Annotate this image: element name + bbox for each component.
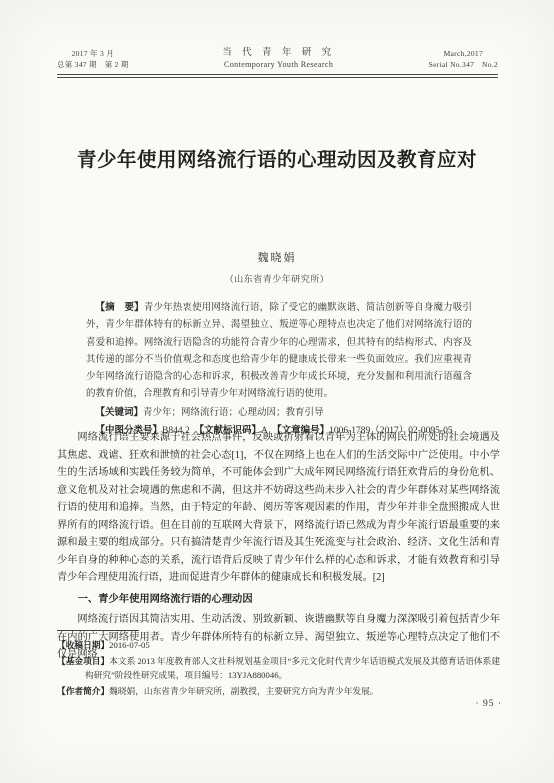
bio-label: 【作者简介】 (57, 686, 109, 696)
abstract-label: 【摘 要】 (96, 302, 144, 313)
article-title: 青少年使用网络流行语的心理动因及教育应对 (40, 144, 514, 172)
footnote-received-date: 【收稿日期】2016-07-05 (57, 638, 500, 653)
footnote-fund-project: 【基金项目】本文系 2013 年度教育部人文社科规划基金项目“多元文化时代青少年… (57, 654, 500, 683)
header-issue-info-cn: 2017 年 3 月 总第 347 期 第 2 期 (57, 48, 129, 70)
abstract-text: 青少年热衷使用网络流行语，除了受它的幽默诙谐、简洁创新等自身魔力吸引外，青少年群… (86, 303, 472, 399)
journal-title-en: Contemporary Youth Research (222, 59, 335, 70)
abstract-block: 【摘 要】青少年热衷使用网络流行语，除了受它的幽默诙谐、简洁创新等自身魔力吸引外… (86, 299, 472, 440)
keywords-label: 【关键词】 (96, 407, 144, 418)
footnote-divider (57, 630, 139, 631)
received-value: 2016-07-05 (109, 640, 150, 650)
abstract-paragraph: 【摘 要】青少年热衷使用网络流行语，除了受它的幽默诙谐、简洁创新等自身魔力吸引外… (86, 299, 472, 404)
footnote-author-bio: 【作者简介】魏晓娟，山东省青少年研究所，副教授，主要研究方向为青少年发展。 (57, 684, 500, 699)
body-paragraph-1: 网络流行语主要来源于社会热点事件，反映或折射着以青年为主体的网民们所处的社会境遇… (57, 429, 500, 587)
header-date-cn: 2017 年 3 月 (57, 48, 129, 59)
journal-page: { "header": { "left_line1": "2017 年 3 月"… (0, 0, 554, 783)
header-issue-info-en: March,2017 Serial No.347 No.2 (429, 48, 498, 70)
header-date-en: March,2017 (429, 48, 498, 59)
page-number: · 95 · (475, 699, 502, 709)
keywords-line: 【关键词】青少年；网络流行语；心理动因；教育引导 (86, 404, 472, 422)
header-serial-cn: 总第 347 期 第 2 期 (57, 59, 129, 70)
received-label: 【收稿日期】 (57, 640, 109, 650)
author-affiliation: （山东省青少年研究所） (0, 272, 554, 285)
header-divider (57, 74, 498, 78)
journal-header: 2017 年 3 月 总第 347 期 第 2 期 当 代 青 年 研 究 Co… (57, 48, 498, 70)
header-serial-en: Serial No.347 No.2 (429, 59, 498, 70)
journal-title-cn: 当 代 青 年 研 究 (222, 48, 335, 59)
author-name: 魏晓娟 (0, 249, 554, 265)
bio-value: 魏晓娟，山东省青少年研究所，副教授，主要研究方向为青少年发展。 (109, 686, 378, 696)
article-body: 网络流行语主要来源于社会热点事件，反映或折射着以青年为主体的网民们所处的社会境遇… (57, 429, 500, 664)
fund-value: 本文系 2013 年度教育部人文社科规划基金项目“多元文化时代青少年话语模式发展… (85, 656, 500, 681)
byline: 魏晓娟 （山东省青少年研究所） (0, 249, 554, 285)
keywords-text: 青少年；网络流行语；心理动因；教育引导 (143, 408, 324, 418)
fund-label: 【基金项目】 (57, 656, 109, 666)
footnotes: 【收稿日期】2016-07-05 【基金项目】本文系 2013 年度教育部人文社… (57, 638, 500, 699)
journal-title: 当 代 青 年 研 究 Contemporary Youth Research (222, 48, 335, 70)
section-1-heading: 一、青少年使用网络流行语的心理动因 (57, 591, 500, 609)
